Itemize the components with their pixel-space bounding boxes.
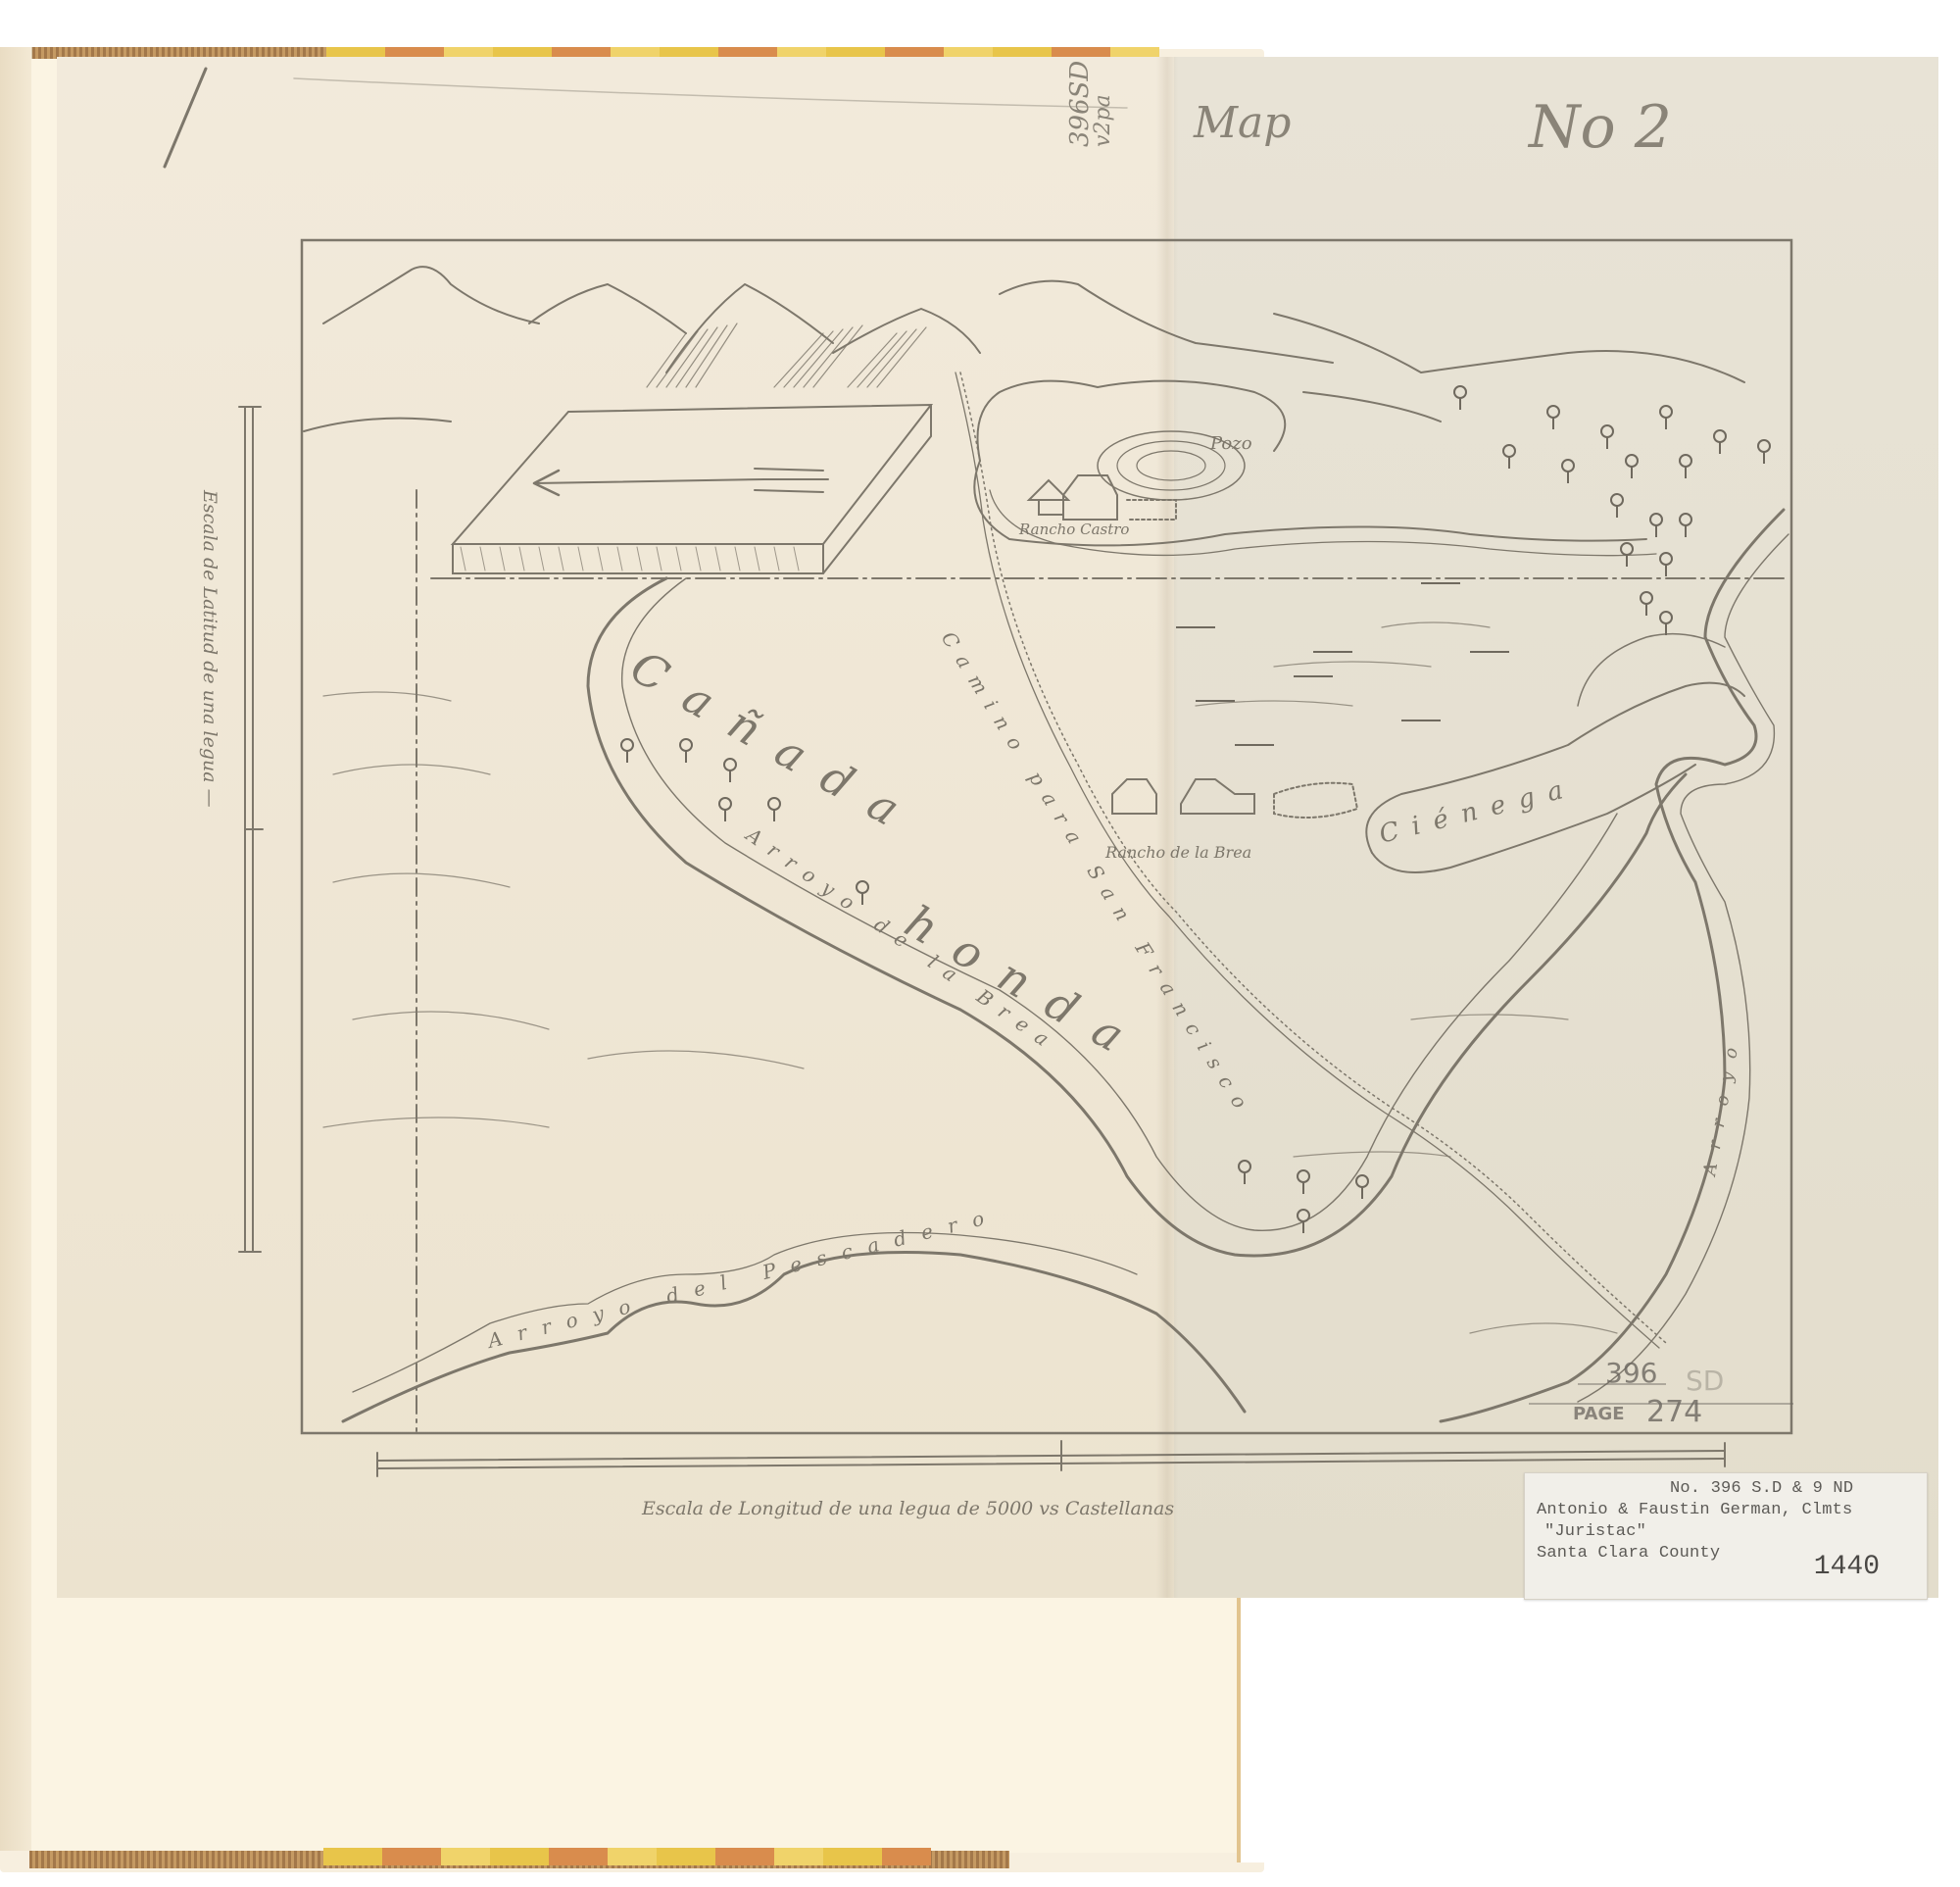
mountain-range	[304, 267, 1744, 431]
label-rancho-castro: Rancho Castro	[1018, 521, 1129, 538]
label-arroyo-de-la-brea: Arroyo de la Brea	[740, 821, 1062, 1057]
tree-symbols	[621, 386, 1770, 1233]
label-cienega: Ciénega	[1376, 772, 1579, 850]
archive-catalog-label: No. 396 S.D & 9 ND Antonio & Faustin Ger…	[1524, 1472, 1928, 1600]
svg-text:SD: SD	[1686, 1365, 1724, 1397]
longitude-scale-bar	[377, 1441, 1725, 1476]
pencil-map-title: Map	[1193, 98, 1291, 148]
label-rancho-name: "Juristac"	[1544, 1522, 1646, 1541]
page-stamp: 396 SD PAGE 274	[1573, 1357, 1724, 1429]
label-claimants: Antonio & Faustin German, Clmts	[1537, 1501, 1852, 1519]
label-pozo: Pozo	[1209, 433, 1252, 454]
label-arroyo-del-pescadero: Arroyo del Pescadero	[483, 1203, 1002, 1354]
mountain-hatching	[647, 323, 926, 387]
label-catalog-number: 1440	[1814, 1552, 1880, 1582]
pencil-map-number: No 2	[1527, 93, 1672, 162]
camino-road	[960, 372, 1666, 1343]
map-drawing: 396 SD PAGE 274 Pozo Rancho Castro Ranch…	[0, 0, 1960, 1887]
pencil-case-note-2: v2pa	[1091, 94, 1115, 147]
label-canada: Cañada	[622, 640, 931, 849]
latitude-scale-bar	[239, 407, 263, 1252]
pencil-mark	[165, 69, 206, 167]
plain-marks	[1176, 583, 1509, 745]
right-stream	[1441, 510, 1788, 1421]
label-right-arroyo: Arroyo	[1699, 1032, 1744, 1178]
latitude-scale-label: Escala de Latitud de una legua —	[199, 489, 220, 808]
svg-text:PAGE: PAGE	[1573, 1404, 1625, 1424]
longitude-scale-label: Escala de Longitud de una legua de 5000 …	[641, 1498, 1174, 1519]
svg-text:274: 274	[1646, 1395, 1702, 1429]
label-case-number: No. 396 S.D & 9 ND	[1670, 1479, 1853, 1498]
label-rancho-de-la-brea: Rancho de la Brea	[1104, 843, 1251, 862]
compass-arrow-slab	[453, 405, 931, 573]
label-county: Santa Clara County	[1537, 1544, 1720, 1563]
rancho-de-la-brea-buildings	[1112, 779, 1357, 818]
